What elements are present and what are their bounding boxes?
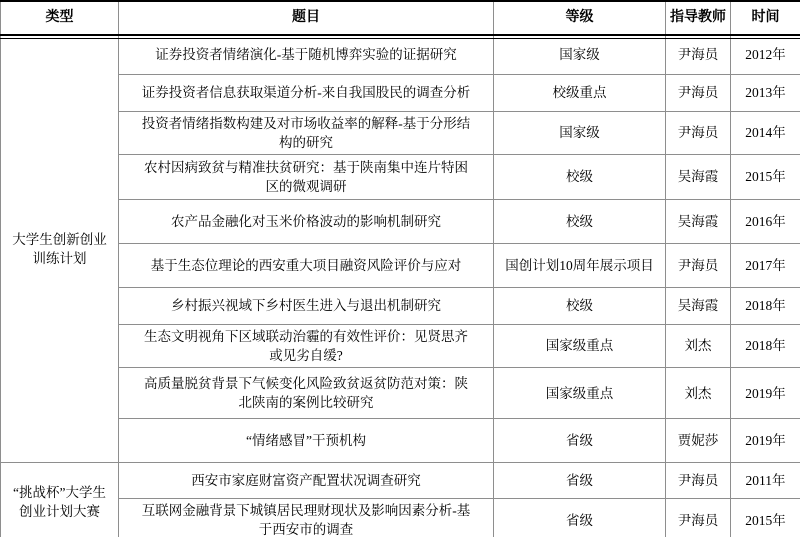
teacher-cell: 贾妮莎 [666, 419, 731, 463]
project-title-cell: 投资者情绪指数构建及对市场收益率的解释-基于分形结构的研究 [119, 111, 494, 154]
document-page: 类型 题目 等级 指导教师 时间 大学生创新创业训练计划 证券投资者情绪演化-基… [0, 0, 800, 537]
year-cell: 2018年 [731, 324, 800, 367]
teacher-cell: 吴海霞 [666, 154, 731, 199]
table-row: 互联网金融背景下城镇居民理财现状及影响因素分析-基于西安市的调查 省级 尹海员 … [1, 499, 800, 537]
project-title-cell: 生态文明视角下区域联动治霾的有效性评价：见贤思齐或见劣自缓? [119, 324, 494, 367]
table-row: 大学生创新创业训练计划 证券投资者情绪演化-基于随机博弈实验的证据研究 国家级 … [1, 35, 800, 74]
table-row: “挑战杯”大学生创业计划大赛 西安市家庭财富资产配置状况调查研究 省级 尹海员 … [1, 463, 800, 499]
table-row: 乡村振兴视域下乡村医生进入与退出机制研究 校级 吴海霞 2018年 [1, 287, 800, 324]
table-row: 基于生态位理论的西安重大项目融资风险评价与应对 国创计划10周年展示项目 尹海员… [1, 243, 800, 287]
project-title-cell: 互联网金融背景下城镇居民理财现状及影响因素分析-基于西安市的调查 [119, 499, 494, 537]
teacher-cell: 尹海员 [666, 243, 731, 287]
project-title-cell: 西安市家庭财富资产配置状况调查研究 [119, 463, 494, 499]
project-title-cell: 基于生态位理论的西安重大项目融资风险评价与应对 [119, 243, 494, 287]
col-header-year: 时间 [731, 1, 800, 35]
year-cell: 2018年 [731, 287, 800, 324]
projects-table: 类型 题目 等级 指导教师 时间 大学生创新创业训练计划 证券投资者情绪演化-基… [0, 0, 800, 537]
teacher-cell: 刘杰 [666, 324, 731, 367]
teacher-cell: 尹海员 [666, 111, 731, 154]
level-cell: 校级 [494, 154, 666, 199]
level-cell: 校级重点 [494, 74, 666, 111]
type-group-cell: “挑战杯”大学生创业计划大赛 [1, 463, 119, 537]
level-cell: 国家级 [494, 111, 666, 154]
type-group-cell: 大学生创新创业训练计划 [1, 35, 119, 463]
table-row: 高质量脱贫背景下气候变化风险致贫返贫防范对策：陕北陕南的案例比较研究 国家级重点… [1, 368, 800, 419]
year-cell: 2014年 [731, 111, 800, 154]
teacher-cell: 尹海员 [666, 74, 731, 111]
project-title-cell: 证券投资者信息获取渠道分析-来自我国股民的调查分析 [119, 74, 494, 111]
table-row: 证券投资者信息获取渠道分析-来自我国股民的调查分析 校级重点 尹海员 2013年 [1, 74, 800, 111]
year-cell: 2015年 [731, 499, 800, 537]
level-cell: 国家级重点 [494, 368, 666, 419]
col-header-type: 类型 [1, 1, 119, 35]
teacher-cell: 刘杰 [666, 368, 731, 419]
teacher-cell: 尹海员 [666, 463, 731, 499]
table-row: 农产品金融化对玉米价格波动的影响机制研究 校级 吴海霞 2016年 [1, 199, 800, 243]
teacher-cell: 尹海员 [666, 499, 731, 537]
year-cell: 2017年 [731, 243, 800, 287]
year-cell: 2011年 [731, 463, 800, 499]
year-cell: 2013年 [731, 74, 800, 111]
table-row: 投资者情绪指数构建及对市场收益率的解释-基于分形结构的研究 国家级 尹海员 20… [1, 111, 800, 154]
level-cell: 校级 [494, 287, 666, 324]
col-header-title: 题目 [119, 1, 494, 35]
teacher-cell: 吴海霞 [666, 287, 731, 324]
project-title-cell: 高质量脱贫背景下气候变化风险致贫返贫防范对策：陕北陕南的案例比较研究 [119, 368, 494, 419]
table-row: 生态文明视角下区域联动治霾的有效性评价：见贤思齐或见劣自缓? 国家级重点 刘杰 … [1, 324, 800, 367]
project-title-cell: 证券投资者情绪演化-基于随机博弈实验的证据研究 [119, 35, 494, 74]
table-row: 农村因病致贫与精准扶贫研究：基于陕南集中连片特困区的微观调研 校级 吴海霞 20… [1, 154, 800, 199]
header-row: 类型 题目 等级 指导教师 时间 [1, 1, 800, 35]
level-cell: 国创计划10周年展示项目 [494, 243, 666, 287]
project-title-cell: 农村因病致贫与精准扶贫研究：基于陕南集中连片特困区的微观调研 [119, 154, 494, 199]
year-cell: 2019年 [731, 368, 800, 419]
year-cell: 2012年 [731, 35, 800, 74]
year-cell: 2015年 [731, 154, 800, 199]
project-title-cell: “情绪感冒”干预机构 [119, 419, 494, 463]
table-row: “情绪感冒”干预机构 省级 贾妮莎 2019年 [1, 419, 800, 463]
col-header-level: 等级 [494, 1, 666, 35]
level-cell: 国家级 [494, 35, 666, 74]
level-cell: 省级 [494, 499, 666, 537]
year-cell: 2019年 [731, 419, 800, 463]
teacher-cell: 尹海员 [666, 35, 731, 74]
level-cell: 省级 [494, 463, 666, 499]
col-header-teacher: 指导教师 [666, 1, 731, 35]
level-cell: 国家级重点 [494, 324, 666, 367]
project-title-cell: 农产品金融化对玉米价格波动的影响机制研究 [119, 199, 494, 243]
level-cell: 校级 [494, 199, 666, 243]
year-cell: 2016年 [731, 199, 800, 243]
project-title-cell: 乡村振兴视域下乡村医生进入与退出机制研究 [119, 287, 494, 324]
level-cell: 省级 [494, 419, 666, 463]
teacher-cell: 吴海霞 [666, 199, 731, 243]
